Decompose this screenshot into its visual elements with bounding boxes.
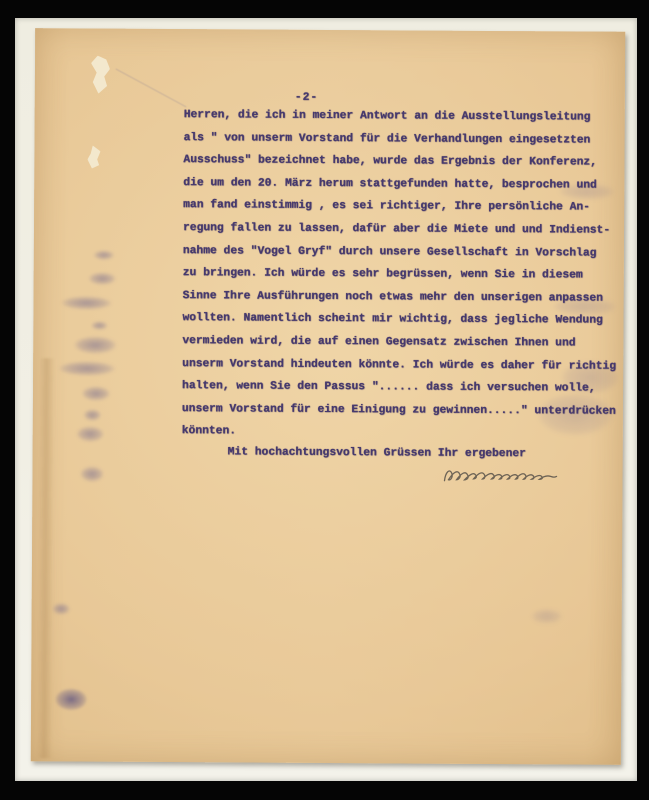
ink-smudge [59,361,115,375]
ink-smudge [89,273,116,285]
ink-smudge [53,603,70,614]
ink-smudge [84,410,101,421]
paper-damage [87,146,100,169]
ink-smudge [94,251,114,260]
ink-smudge [74,336,116,353]
letter-paper: -2- Herren, die ich in meiner Antwort an… [31,28,625,765]
closing-line: Mit hochachtungsvollen Grüssen Ihr ergeb… [228,446,526,460]
scanned-letter-page-2: -2- Herren, die ich in meiner Antwort an… [0,0,649,800]
handwritten-signature [440,463,560,490]
ink-smudge [80,466,103,481]
mat-border: -2- Herren, die ich in meiner Antwort an… [15,18,637,781]
letter-body: Herren, die ich in meiner Antwort an die… [182,104,629,446]
ink-smudge [55,688,87,710]
page-number: -2- [295,92,318,104]
ink-stain [532,609,562,623]
signature-ink-stroke [440,463,560,490]
ink-smudge [62,296,112,309]
ink-smudge [91,322,107,330]
paper-crease [37,358,55,758]
ink-smudge [82,386,110,400]
ink-smudge [77,426,104,441]
